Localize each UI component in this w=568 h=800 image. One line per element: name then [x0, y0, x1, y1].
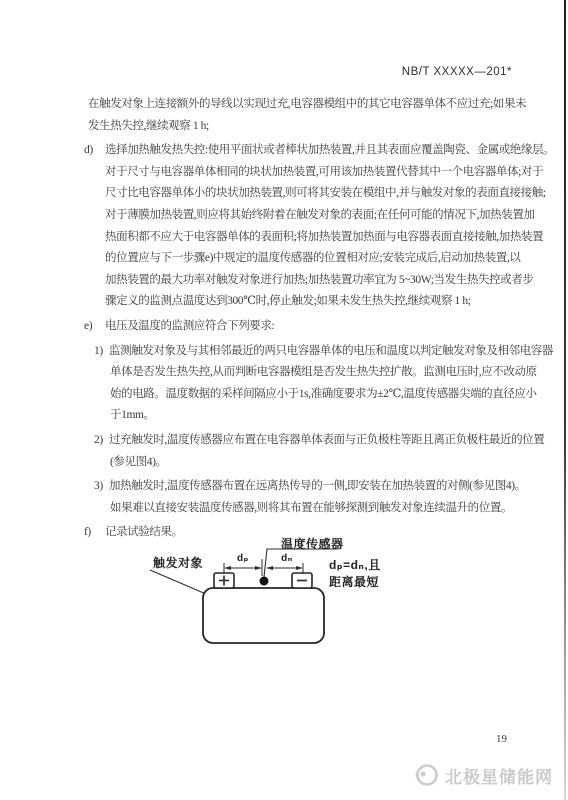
temperature-sensor-dot — [260, 577, 269, 586]
line-text: 加热触发时,温度传感器布置在远离热传导的一侧,即安装在加热装置的对侧(参见图4)… — [109, 480, 526, 492]
line-text: 电压及温度的监测应符合下列要求: — [105, 320, 274, 332]
watermark-text: 北极星储能网 — [445, 763, 553, 788]
bjx-logo-icon — [414, 762, 440, 788]
line-text: 单体是否发生热失控,从而判断电容器模组是否发生热失控扩散。监测电压时,应不改动原 — [110, 366, 537, 378]
arrow-right-icon — [255, 566, 262, 570]
line-text: 在触发对象上连接额外的导线以实现过充,电容器模组中的其它电容器单体不应过充;如果… — [88, 98, 526, 110]
dim-dn-label: dₙ — [276, 553, 298, 564]
text-line: d)选择加热触发热失控:使用平面状或者棒状加热装置,并且其表面应覆盖陶瓷、金属或… — [0, 140, 528, 162]
line-text: 如果难以直接安装温度传感器,则将其布置在能够探测到触发对象连续温升的位置。 — [110, 502, 512, 514]
list-label: f) — [84, 522, 105, 544]
line-text: 对于薄膜加热装置,则应将其始终附着在触发对象的表面;在任何可能的情况下,加热装置… — [105, 209, 535, 221]
text-line: 始的电路。温度数据的采样间隔应小于1s,准确度要求为±2℃,温度传感器尖端的直径… — [0, 384, 528, 406]
sensor-label: 温度传感器 — [281, 535, 344, 552]
text-line: 1)监测触发对象及与其相邻最近的两只电容器单体的电压和温度以判定触发对象及相邻电… — [0, 341, 528, 363]
text-line: 热面积都不应大于电容器单体的表面积;将加热装置加热面与电容器表面直接接触,加热装… — [0, 227, 528, 249]
list-label: 3) — [94, 476, 109, 498]
document-page: NB/T XXXXX—201* 在触发对象上连接额外的导线以实现过充,电容器模组… — [0, 0, 568, 800]
text-line: 骤定义的监测点温度达到300℃时,停止触发;如果未发生热失控,继续观察 1 h; — [0, 291, 528, 313]
line-text: 尺寸比电容器单体小的块状加热装置,则可将其安装在模组中,并与触发对象的表面直接接… — [105, 187, 546, 199]
list-label: 1) — [94, 341, 109, 363]
figure-4-drawing — [140, 532, 500, 667]
line-text: 发生热失控,继续观察 1 h; — [88, 120, 209, 132]
page-number: 19 — [496, 733, 507, 745]
text-line: 加热装置的最大功率对触发对象进行加热;加热装置功率宜为 5~30W;当发生热失控… — [0, 270, 528, 292]
scan-edge-line — [564, 0, 566, 800]
text-line: (参见图4)。 — [0, 452, 528, 474]
line-text: 于1mm。 — [110, 409, 155, 421]
text-line: e)电压及温度的监测应符合下列要求: — [0, 316, 528, 338]
line-text: 监测触发对象及与其相邻最近的两只电容器单体的电压和温度以判定触发对象及相邻电容器 — [109, 345, 553, 357]
line-text: 过充触发时,温度传感器应布置在电容器单体表面与正负极柱等距且离正负极柱最近的位置 — [109, 434, 544, 446]
line-text: 骤定义的监测点温度达到300℃时,停止触发;如果未发生热失控,继续观察 1 h; — [105, 295, 471, 307]
arrow-left-icon — [224, 566, 231, 570]
text-line: 发生热失控,继续观察 1 h; — [0, 116, 528, 138]
text-line: 于1mm。 — [0, 405, 528, 427]
text-line: 3)加热触发时,温度传感器布置在远离热传导的一侧,即安装在加热装置的对侧(参见图… — [0, 476, 528, 498]
arrow-right-icon — [296, 566, 303, 570]
text-line: 2)过充触发时,温度传感器应布置在电容器单体表面与正负极柱等距且离正负极柱最近的… — [0, 430, 528, 452]
line-text: 始的电路。温度数据的采样间隔应小于1s,准确度要求为±2℃,温度传感器尖端的直径… — [110, 388, 537, 400]
text-line: 单体是否发生热失控,从而判断电容器模组是否发生热失控扩散。监测电压时,应不改动原 — [0, 362, 528, 384]
list-label: e) — [84, 316, 105, 338]
line-text: 的位置应与下一步骤e)中规定的温度传感器的位置相对应;安装完成后,启动加热装置,… — [105, 252, 520, 264]
list-label: 2) — [94, 430, 109, 452]
text-line: 的位置应与下一步骤e)中规定的温度传感器的位置相对应;安装完成后,启动加热装置,… — [0, 248, 528, 270]
line-text: 选择加热触发热失控:使用平面状或者棒状加热装置,并且其表面应覆盖陶瓷、金属或绝缘… — [105, 144, 554, 156]
figure-note-line1: dₚ=dₙ,且 — [329, 556, 381, 573]
line-text: 热面积都不应大于电容器单体的表面积;将加热装置加热面与电容器表面直接接触,加热装… — [105, 231, 543, 243]
text-line: 尺寸比电容器单体小的块状加热装置,则可将其安装在模组中,并与触发对象的表面直接接… — [0, 183, 528, 205]
figure-4: 温度传感器 触发对象 dₚ dₙ dₚ=dₙ,且 距离最短 — [140, 532, 500, 667]
text-line: 对于薄膜加热装置,则应将其始终附着在触发对象的表面;在任何可能的情况下,加热装置… — [0, 205, 528, 227]
text-line: 如果难以直接安装温度传感器,则将其布置在能够探测到触发对象连续温升的位置。 — [0, 498, 528, 520]
line-text: 加热装置的最大功率对触发对象进行加热;加热装置功率宜为 5~30W;当发生热失控… — [105, 274, 533, 286]
doc-code: NB/T XXXXX—201* — [402, 66, 512, 78]
capacitor-cell-body — [203, 588, 324, 643]
arrow-left-icon — [266, 566, 273, 570]
watermark: 北极星储能网 — [414, 762, 553, 788]
figure-note-line2: 距离最短 — [329, 573, 379, 590]
line-text: (参见图4)。 — [110, 456, 167, 468]
body-text: 在触发对象上连接额外的导线以实现过充,电容器模组中的其它电容器单体不应过充;如果… — [0, 94, 528, 544]
text-line: 对于尺寸与电容器单体相同的块状加热装置,可用该加热装置代替其中一个电容器单体;对… — [0, 162, 528, 184]
dim-dp-label: dₚ — [232, 553, 254, 564]
list-label: d) — [84, 140, 105, 162]
text-line: 在触发对象上连接额外的导线以实现过充,电容器模组中的其它电容器单体不应过充;如果… — [0, 94, 528, 116]
target-label: 触发对象 — [153, 554, 203, 571]
line-text: 对于尺寸与电容器单体相同的块状加热装置,可用该加热装置代替其中一个电容器单体;对… — [105, 166, 543, 178]
